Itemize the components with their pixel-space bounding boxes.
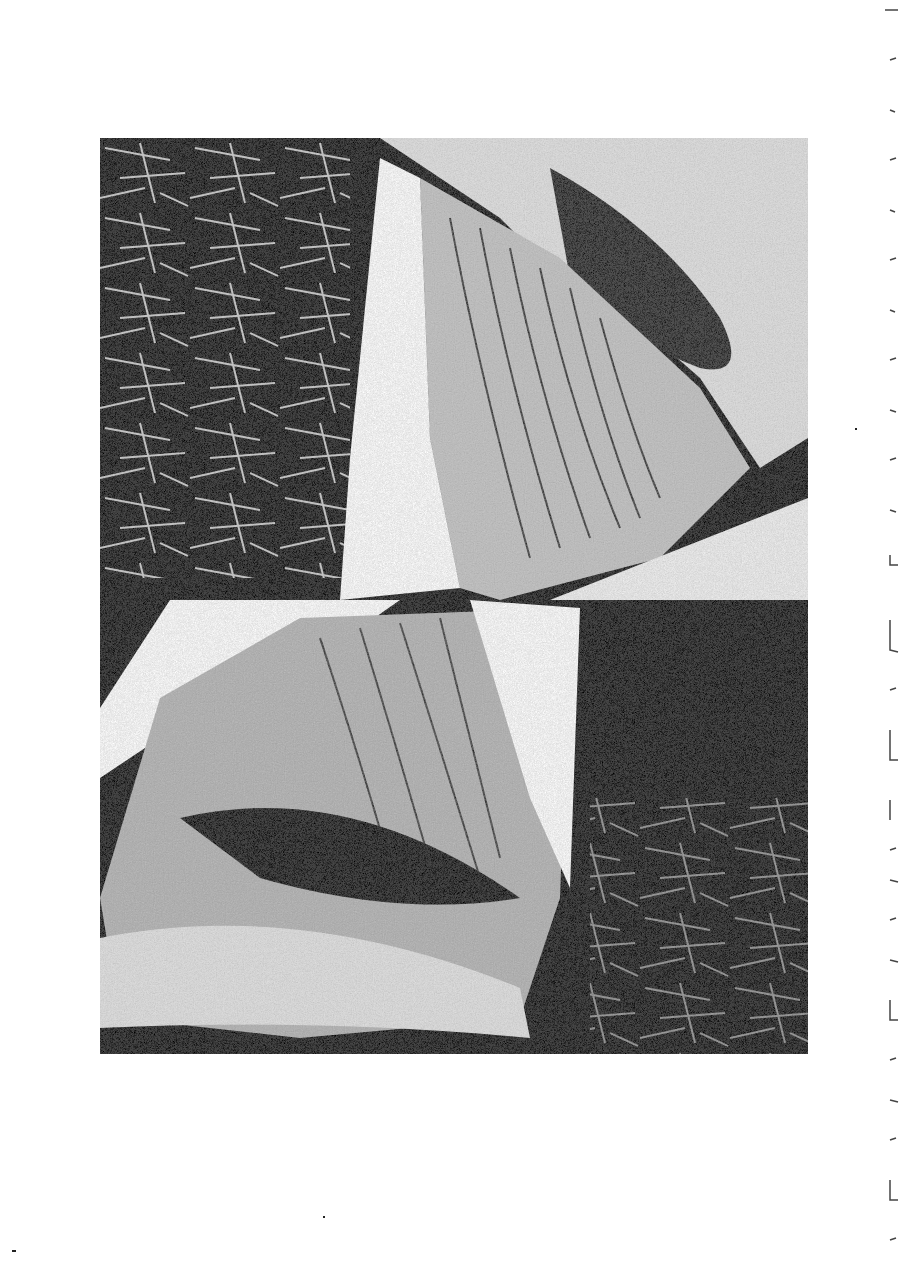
photo-image — [100, 138, 808, 1054]
scanned-page: Black-and-white photocopied photograph i… — [0, 0, 900, 1279]
photo-top-panel — [100, 138, 808, 600]
scan-speck — [12, 1250, 16, 1252]
scan-speck — [855, 428, 857, 430]
binding-marks-icon — [840, 0, 900, 1279]
scan-speck — [323, 1216, 325, 1218]
photograph — [100, 138, 808, 1054]
margin-marks — [840, 0, 900, 1279]
photo-bottom-panel — [100, 600, 808, 1054]
